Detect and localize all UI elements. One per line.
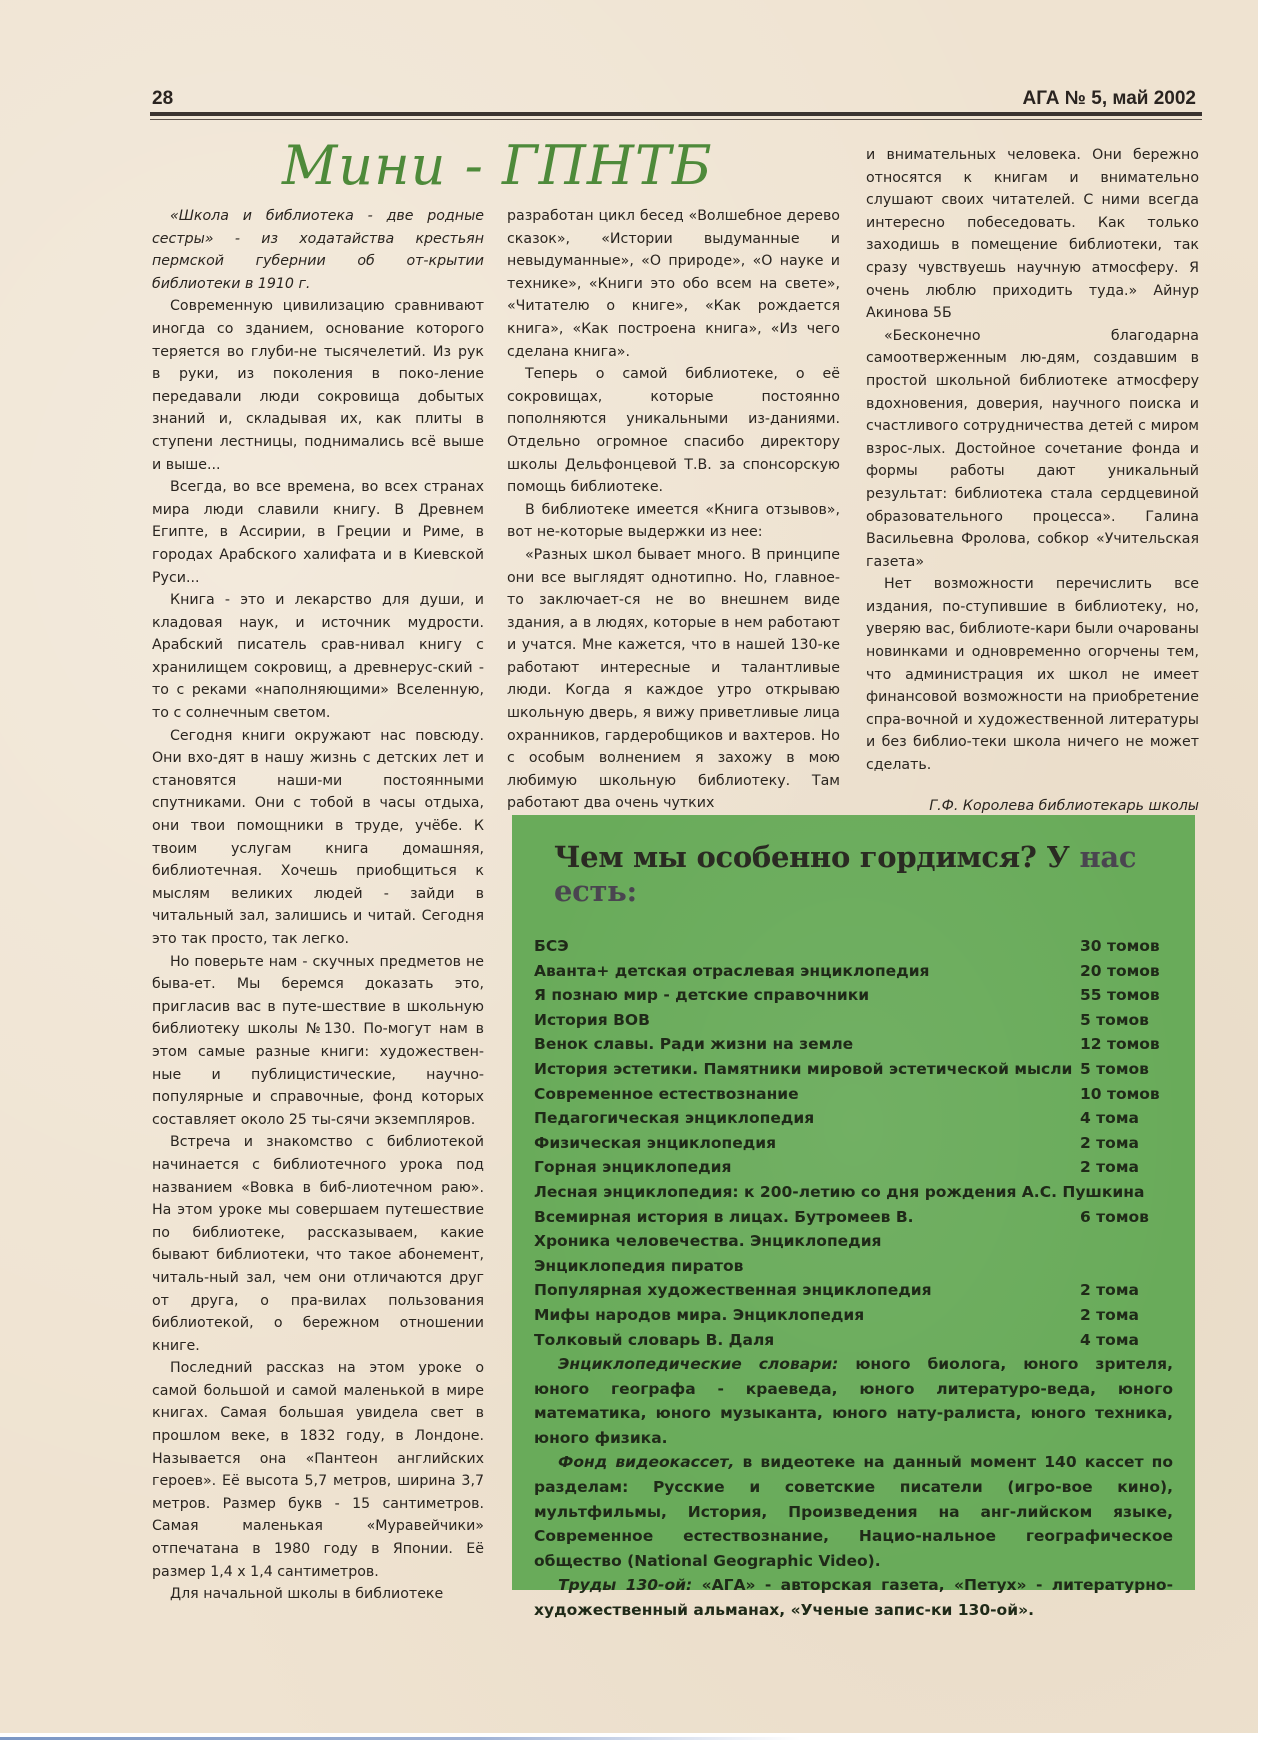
box-paragraph-video: Фонд видеокассет, в видеотеке на данный …: [534, 1450, 1173, 1573]
paragraph: «Разных школ бывает много. В принципе он…: [507, 544, 840, 815]
inventory-row: БСЭ30 томов: [534, 934, 1173, 959]
inventory-row: Современное естествознание10 томов: [534, 1082, 1173, 1107]
inventory-row: Лесная энциклопедия: к 200-летию со дня …: [534, 1180, 1173, 1205]
item-qty: 5 томов: [1080, 1057, 1173, 1082]
paragraph: и внимательных человека. Они бережно отн…: [866, 144, 1199, 325]
item-name: Я познаю мир - детские справочники: [534, 983, 869, 1008]
issue-label: АГА № 5, май 2002: [1023, 88, 1196, 110]
paragraph: разработан цикл бесед «Волшебное дерево …: [507, 205, 840, 363]
item-name: Всемирная история в лицах. Бутромеев В.: [534, 1205, 914, 1230]
inventory-row: Физическая энциклопедия2 тома: [534, 1131, 1173, 1156]
inventory-row: Педагогическая энциклопедия4 тома: [534, 1106, 1173, 1131]
item-name: Физическая энциклопедия: [534, 1131, 776, 1156]
item-qty: 12 томов: [1080, 1032, 1173, 1057]
article-column-right: и внимательных человека. Они бережно отн…: [866, 144, 1199, 817]
box-title-main: Чем мы особенно гордимся? У: [554, 840, 1079, 874]
paragraph: Но поверьте нам - скучных предметов не б…: [152, 951, 484, 1132]
header-rule-thick: [150, 112, 1202, 116]
inventory-row: Популярная художественная энциклопедия2 …: [534, 1278, 1173, 1303]
inventory-row: Горная энциклопедия2 тома: [534, 1155, 1173, 1180]
item-qty: 6 томов: [1080, 1205, 1173, 1230]
item-name: Энциклопедия пиратов: [534, 1254, 743, 1279]
box-paragraph-dictionaries: Энциклопедические словари: юного биолога…: [534, 1352, 1173, 1450]
item-name: Аванта+ детская отраслевая энциклопедия: [534, 959, 930, 984]
paragraph: Теперь о самой библиотеке, о её сокровищ…: [507, 363, 840, 499]
item-name: История ВОВ: [534, 1008, 650, 1033]
paragraph-lead: Энциклопедические словари:: [558, 1355, 838, 1373]
paragraph: Последний рассказ на этом уроке о самой …: [152, 1357, 484, 1583]
inventory-row: Всемирная история в лицах. Бутромеев В.6…: [534, 1205, 1173, 1230]
paragraph-lead: Труды 130-ой:: [558, 1576, 692, 1594]
paragraph: Всегда, во все времена, во всех странах …: [152, 476, 484, 589]
inventory-row: Аванта+ детская отраслевая энциклопедия2…: [534, 959, 1173, 984]
item-name: История эстетики. Памятники мировой эсте…: [534, 1057, 1072, 1082]
item-name: Хроника человечества. Энциклопедия: [534, 1229, 882, 1254]
item-qty: [1080, 1254, 1173, 1279]
item-qty: 5 томов: [1080, 1008, 1173, 1033]
paragraph: Сегодня книги окружают нас повсюду. Они …: [152, 725, 484, 951]
newspaper-page: 28 АГА № 5, май 2002 Мини - ГПНТБ «Школа…: [0, 0, 1258, 1733]
inventory-row: Толковый словарь В. Даля4 тома: [534, 1328, 1173, 1353]
item-name: Лесная энциклопедия: к 200-летию со дня …: [534, 1180, 1144, 1205]
item-qty: 2 тома: [1080, 1131, 1173, 1156]
item-qty: 30 томов: [1080, 934, 1173, 959]
inventory-row: Я познаю мир - детские справочники55 том…: [534, 983, 1173, 1008]
paragraph: Книга - это и лекарство для души, и клад…: [152, 589, 484, 725]
paragraph: Современную цивилизацию сравнивают иногд…: [152, 295, 484, 476]
item-qty: 55 томов: [1080, 983, 1173, 1008]
inventory-row: Хроника человечества. Энциклопедия: [534, 1229, 1173, 1254]
paragraph: В библиотеке имеется «Книга отзывов», во…: [507, 499, 840, 544]
paragraph: «Бесконечно благодарна самоотверженным л…: [866, 325, 1199, 574]
paragraph-lead: Фонд видеокассет,: [558, 1453, 734, 1471]
item-qty: 2 тома: [1080, 1278, 1173, 1303]
inventory-row: История эстетики. Памятники мировой эсте…: [534, 1057, 1173, 1082]
item-name: Современное естествознание: [534, 1082, 799, 1107]
item-name: Популярная художественная энциклопедия: [534, 1278, 932, 1303]
item-name: Горная энциклопедия: [534, 1155, 731, 1180]
item-qty: [1080, 1229, 1173, 1254]
article-column-middle: разработан цикл бесед «Волшебное дерево …: [507, 205, 840, 815]
article-title: Мини - ГПНТБ: [282, 134, 713, 197]
item-qty: 20 томов: [1080, 959, 1173, 984]
item-name: БСЭ: [534, 934, 569, 959]
paragraph: Нет возможности перечислить все издания,…: [866, 573, 1199, 776]
author-signature: Г.Ф. Королева библиотекарь школы: [866, 795, 1199, 818]
item-name: Мифы народов мира. Энциклопедия: [534, 1303, 864, 1328]
inventory-row: Венок славы. Ради жизни на земле12 томов: [534, 1032, 1173, 1057]
item-name: Толковый словарь В. Даля: [534, 1328, 774, 1353]
item-name: Педагогическая энциклопедия: [534, 1106, 814, 1131]
item-name: Венок славы. Ради жизни на земле: [534, 1032, 853, 1057]
collection-highlights-box: Чем мы особенно гордимся? У нас есть: БС…: [512, 815, 1195, 1590]
item-qty: 4 тома: [1080, 1328, 1173, 1353]
inventory-row: Энциклопедия пиратов: [534, 1254, 1173, 1279]
paragraph: Для начальной школы в библиотеке: [152, 1583, 484, 1606]
inventory-row: Мифы народов мира. Энциклопедия2 тома: [534, 1303, 1173, 1328]
item-qty: 2 тома: [1080, 1303, 1173, 1328]
item-qty: 10 томов: [1080, 1082, 1173, 1107]
box-paragraph-publications: Труды 130-ой: «АГА» - авторская газета, …: [534, 1573, 1173, 1622]
box-title: Чем мы особенно гордимся? У нас есть:: [554, 840, 1173, 908]
header-rule-thin: [150, 119, 1202, 120]
scan-edge-line: [0, 1737, 800, 1740]
epigraph: «Школа и библиотека - две родные сестры»…: [152, 205, 484, 295]
article-column-left: «Школа и библиотека - две родные сестры»…: [152, 205, 484, 1606]
paragraph: Встреча и знакомство с библиотекой начин…: [152, 1131, 484, 1357]
item-qty: 4 тома: [1080, 1106, 1173, 1131]
inventory-row: История ВОВ5 томов: [534, 1008, 1173, 1033]
item-qty: 2 тома: [1080, 1155, 1173, 1180]
page-number: 28: [152, 88, 173, 110]
